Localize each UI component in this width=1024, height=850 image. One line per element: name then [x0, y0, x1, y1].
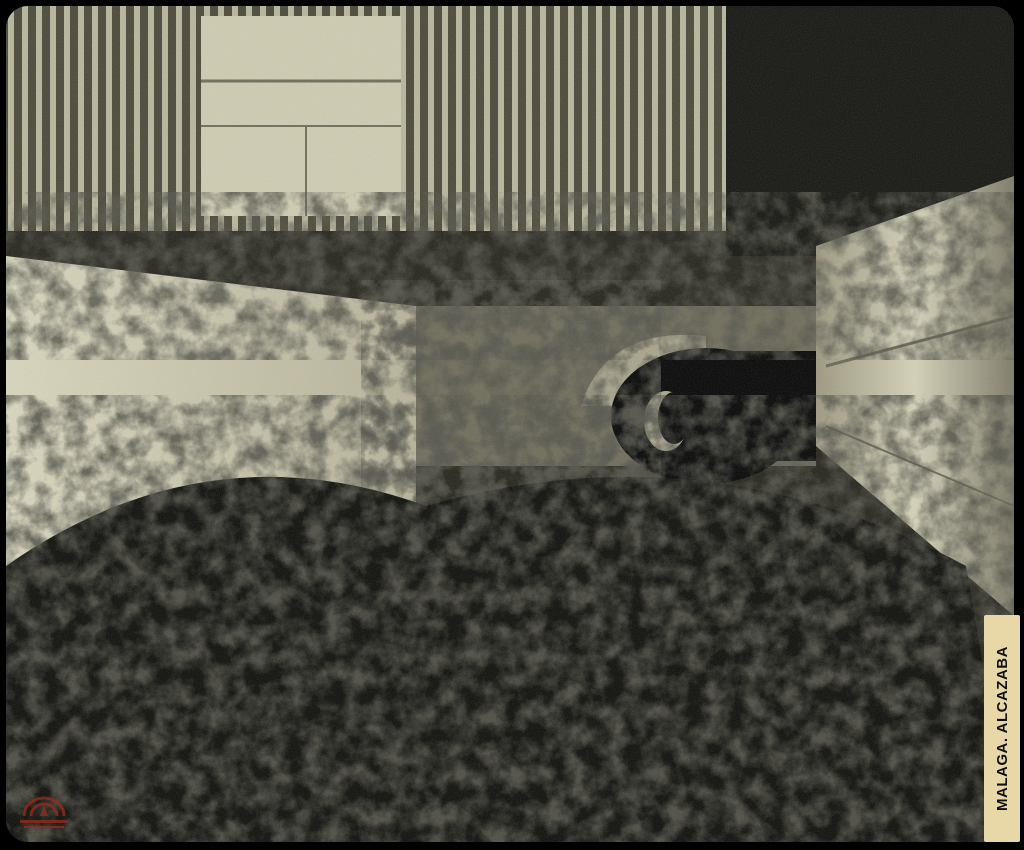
archive-logo-icon	[14, 792, 74, 836]
photograph	[6, 6, 1014, 842]
caption-label: MALAGA. ALCAZABA	[984, 615, 1020, 842]
caption-text: MALAGA. ALCAZABA	[994, 646, 1011, 811]
